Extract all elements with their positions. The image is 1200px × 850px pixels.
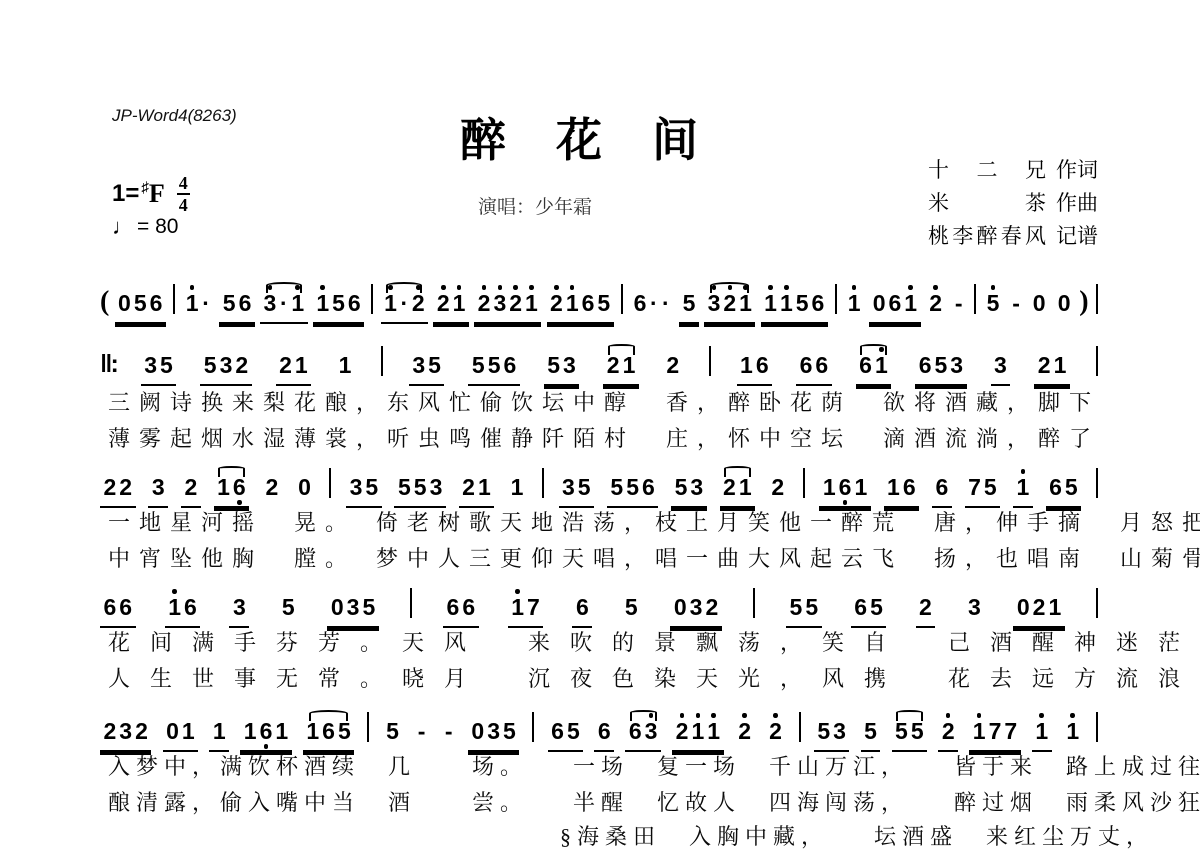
tempo-marking: ♩ = 80 bbox=[112, 214, 178, 240]
tempo-value: = 80 bbox=[137, 215, 178, 239]
lyrics-line-3-verse-1: 一地星河摇 晃。 倚老树歌天地浩荡，枝上月笑他一醉荒 唐，伸手摘 月怒把袖扬，只… bbox=[108, 506, 1110, 540]
lyrics-line-5-segno-row: §海桑田 入胸中藏， 坛酒盛 来红尘万丈， bbox=[108, 820, 1110, 850]
time-signature: 4 4 bbox=[177, 174, 190, 214]
transcriber-credit: 桃李醉春风 记谱 bbox=[928, 220, 1098, 253]
lyrics-line-4-verse-2: 人生世事无常。晓月 沉夜色染天光，风携 花去远方流浪，新叶 bbox=[108, 662, 1110, 696]
transcriber-role: 记谱 bbox=[1056, 220, 1098, 250]
quarter-note-icon: ♩ bbox=[112, 214, 134, 240]
composer-name: 米茶 bbox=[928, 187, 1046, 217]
lyricist-role: 作词 bbox=[1056, 154, 1098, 184]
meter-denominator: 4 bbox=[179, 195, 188, 214]
lyrics-line-5-verse-2: 酿清露，偷入嘴中当 酒 尝。 半醒 忆故人 四海闯荡， 醉过烟 雨柔风沙狂， bbox=[108, 786, 1110, 820]
lyrics-line-3-verse-2: 中宵坠他胸 膛。 梦中人三更仰天唱，唱一曲大风起云飞 扬，也唱南 山菊骨生香，唱… bbox=[108, 542, 1110, 576]
sheet-music-page: JP-Word4(8263) 醉 花 间 演唱：少年霜 十二兄 作词 米茶 作曲… bbox=[0, 0, 1200, 850]
key-tonic: F bbox=[149, 179, 165, 209]
meter-numerator: 4 bbox=[177, 174, 190, 195]
credits-block: 十二兄 作词 米茶 作曲 桃李醉春风 记谱 bbox=[928, 154, 1098, 253]
key-prefix: 1= bbox=[112, 180, 139, 208]
composer-credit: 米茶 作曲 bbox=[928, 187, 1098, 220]
transcriber-name: 桃李醉春风 bbox=[928, 220, 1046, 250]
notation-line-5: 2320111611655--035656632112253555217711 bbox=[100, 696, 1100, 750]
composer-role: 作曲 bbox=[1056, 187, 1098, 217]
notation-line-2: ‖:355322113555653212166661653321 bbox=[100, 330, 1100, 384]
notation-line-1: (0561·563·11561·221232121656··5321115610… bbox=[100, 268, 1100, 322]
notation-line-4: 661635035661765032556523021 bbox=[100, 572, 1100, 626]
lyrics-line-5-verse-1: 入梦中，满饮杯酒续 几 场。 一场 复一场 千山万江， 皆于来 路上成过往， bbox=[108, 750, 1110, 784]
lyricist-credit: 十二兄 作词 bbox=[928, 154, 1098, 187]
lyricist-name: 十二兄 bbox=[928, 154, 1046, 184]
lyrics-line-4-verse-1: 花间满手芬芳。天风 来吹的景飘荡，笑自 己酒醒神迷茫，不若 bbox=[108, 626, 1110, 660]
lyrics-line-2-verse-2: 薄雾起烟水湿薄裳，听虫鸣催静阡陌村 庄，怀中空坛 滴酒流淌，醉了 bbox=[108, 422, 1110, 456]
lyrics-line-2-verse-1: 三阙诗换来梨花酿，东风忙偷饮坛中醇 香，醉卧花荫 欲将酒藏，脚下 bbox=[108, 386, 1110, 420]
key-signature: 1= ♯ F 4 4 bbox=[112, 174, 190, 214]
sharp-icon: ♯ bbox=[141, 179, 149, 196]
notation-line-3: 2232162035553211355565321216116675165 bbox=[100, 452, 1100, 506]
